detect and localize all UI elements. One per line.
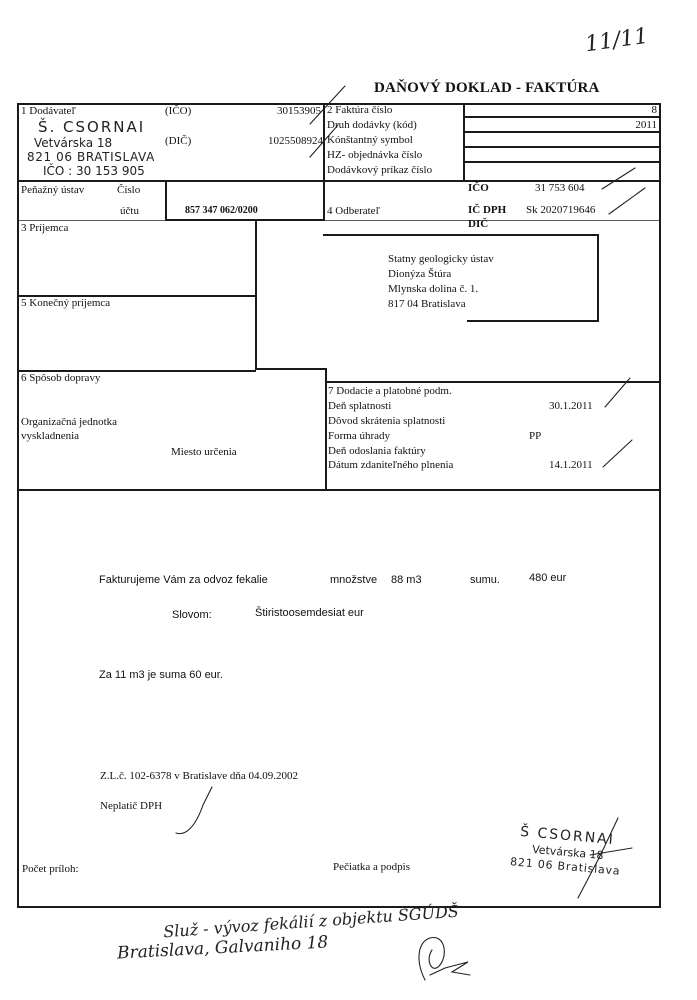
unit-price-note: Za 11 m3 je suma 60 eur. xyxy=(99,669,223,681)
divider xyxy=(465,131,661,133)
customer-address: Statny geologicky ústav Dionýza Štúra Ml… xyxy=(388,252,494,312)
delivery-type-label: Druh dodávky (kód) xyxy=(327,119,417,131)
divider xyxy=(465,116,661,118)
quantity-value: 88 m3 xyxy=(391,574,422,586)
recipient-label: 3 Príjemca xyxy=(21,222,68,234)
customer-icdph-label: IČ DPH xyxy=(468,204,506,216)
divider xyxy=(325,368,327,490)
account-label-1: Číslo xyxy=(117,184,140,196)
tax-date-value: 14.1.2011 xyxy=(549,459,593,471)
bank-label: Peňažný ústav xyxy=(21,184,84,196)
registration-note: Z.L.č. 102-6378 v Bratislave dňa 04.09.2… xyxy=(100,770,298,782)
customer-icdph-value: Sk 2020719646 xyxy=(526,204,595,216)
payment-form-label: Forma úhrady xyxy=(328,430,390,442)
divider xyxy=(17,220,661,221)
supplier-stamp-name: Š. CSORNAI xyxy=(38,118,145,136)
divider xyxy=(255,368,325,370)
supplier-stamp-street: Vetvárska 18 xyxy=(34,136,112,150)
sum-label: sumu. xyxy=(470,574,500,586)
customer-ico-label: IČO xyxy=(468,182,489,194)
supplier-stamp-ico: IČO : 30 153 905 xyxy=(43,164,145,178)
order-number-label: HZ- objednávka číslo xyxy=(327,149,422,161)
supplier-label: 1 Dodávateľ xyxy=(21,105,76,117)
due-date-label: Deň splatnosti xyxy=(328,400,391,412)
customer-ico-value: 31 753 604 xyxy=(535,182,585,194)
attachments-label: Počet príloh: xyxy=(22,863,79,875)
divider xyxy=(325,381,661,383)
frame-bottom xyxy=(17,906,661,908)
invoice-description: Fakturujeme Vám za odvoz fekalie xyxy=(99,574,268,586)
divider xyxy=(465,161,661,163)
customer-address-line: Mlynska dolina č. 1. xyxy=(388,282,494,297)
words-value: Štiristoosemdesiat eur xyxy=(255,607,364,619)
supplier-ico-value: 30153905 xyxy=(250,105,321,117)
handwritten-note-line2: Bratislava, Galvaniho 18 xyxy=(117,932,329,963)
customer-address-line: 817 04 Bratislava xyxy=(388,297,494,312)
sum-value: 480 eur xyxy=(529,572,566,584)
org-unit-label-2: vyskladnenia xyxy=(21,430,79,442)
destination-label: Miesto určenia xyxy=(171,446,237,458)
address-window-bottom xyxy=(467,320,599,322)
stamp-signature-label: Pečiatka a podpis xyxy=(333,861,410,873)
due-shortening-label: Dôvod skrátenia splatnosti xyxy=(328,415,445,427)
vat-note: Neplatič DPH xyxy=(100,800,162,812)
delivery-order-label: Dodávkový príkaz číslo xyxy=(327,164,432,176)
quantity-label: množstve xyxy=(330,574,377,586)
supplier-stamp-city: 821 06 BRATISLAVA xyxy=(27,150,155,164)
tax-date-label: Dátum zdaniteľného plnenia xyxy=(328,459,453,471)
final-recipient-label: 5 Konečný príjemca xyxy=(21,297,110,309)
frame-right xyxy=(659,103,661,908)
address-window-top xyxy=(323,234,598,236)
payment-form-value: PP xyxy=(529,430,541,442)
transport-label: 6 Spôsob dopravy xyxy=(21,372,100,384)
account-number: 857 347 062/0200 xyxy=(185,205,258,216)
divider xyxy=(323,180,661,182)
constant-symbol-label: Kónštantný symbol xyxy=(327,134,413,146)
words-label: Slovom: xyxy=(172,609,212,621)
document-title: DAŇOVÝ DOKLAD - FAKTÚRA xyxy=(374,80,600,97)
frame-left xyxy=(17,103,19,908)
customer-address-line: Dionýza Štúra xyxy=(388,267,494,282)
divider xyxy=(465,146,661,148)
address-window-right xyxy=(597,234,599,322)
invoice-number-value: 8 xyxy=(465,104,657,116)
supplier-dic-value: 1025508924 xyxy=(230,135,323,147)
divider xyxy=(17,489,661,491)
org-unit-label-1: Organizačná jednotka xyxy=(21,416,117,428)
supplier-dic-label: (DIČ) xyxy=(165,135,191,147)
page-number-annotation: 11/11 xyxy=(584,24,650,58)
supplier-ico-label: (IČO) xyxy=(165,105,191,117)
terms-label: 7 Dodacie a platobné podm. xyxy=(328,385,452,397)
delivery-type-value: 2011 xyxy=(465,119,657,131)
customer-label: 4 Odberateľ xyxy=(327,205,380,217)
customer-address-line: Statny geologicky ústav xyxy=(388,252,494,267)
account-label-2: účtu xyxy=(120,205,139,217)
due-date-value: 30.1.2011 xyxy=(549,400,593,412)
invoice-sent-label: Deň odoslania faktúry xyxy=(328,445,426,457)
invoice-number-label: 2 Faktúra číslo xyxy=(327,104,392,116)
